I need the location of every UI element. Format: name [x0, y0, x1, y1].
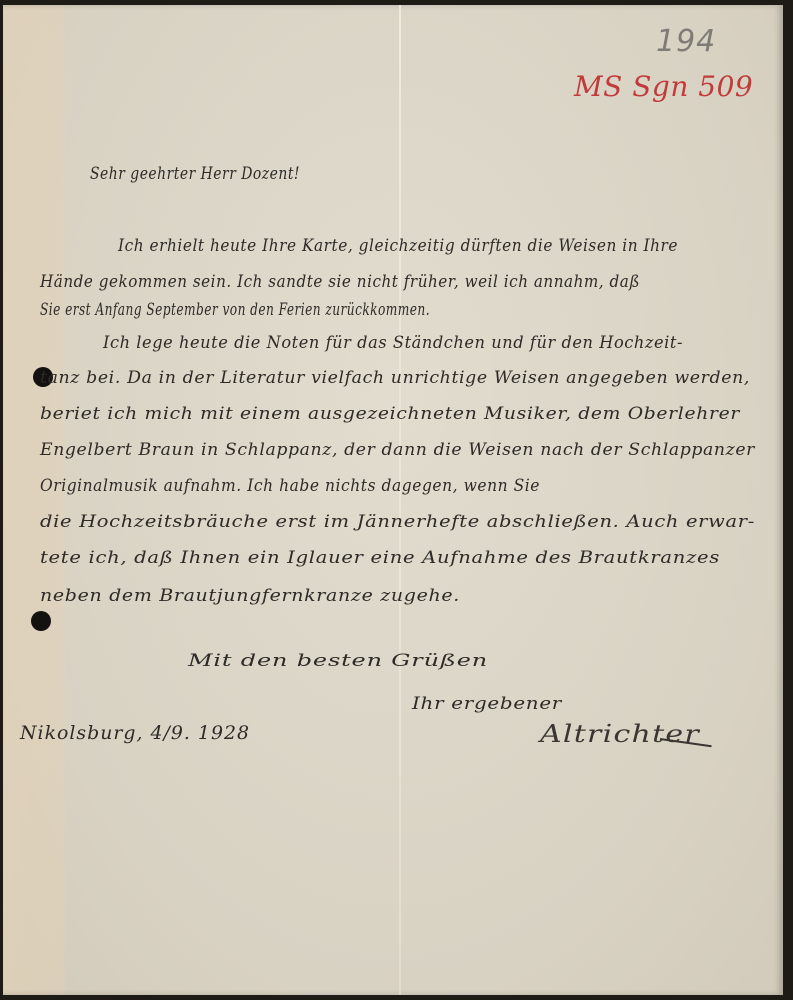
place-and-date: Nikolsburg, 4/9. 1928	[20, 722, 250, 744]
body-line-3: Sie erst Anfang September von den Ferien…	[40, 300, 430, 320]
letter-page	[3, 5, 783, 995]
body-line-11: neben dem Brautjungfernkranze zugehe.	[40, 586, 460, 606]
body-line-1: Ich erhielt heute Ihre Karte, gleichzeit…	[118, 236, 678, 256]
body-line-5: tanz bei. Da in der Literatur vielfach u…	[40, 368, 750, 388]
body-line-6: beriet ich mich mit einem ausgezeichnete…	[40, 404, 740, 424]
body-line-10: tete ich, daß Ihnen ein Iglauer eine Auf…	[40, 548, 720, 568]
body-line-9: die Hochzeitsbräuche erst im Jännerhefte…	[40, 512, 755, 532]
signature: Altrichter	[540, 720, 700, 748]
body-line-7: Engelbert Braun in Schlappanz, der dann …	[40, 440, 755, 460]
body-line-4: Ich lege heute die Noten für das Ständch…	[103, 333, 683, 353]
archive-shelfmark: MS Sgn 509	[574, 70, 753, 103]
salutation: Sehr geehrter Herr Dozent!	[90, 164, 300, 184]
complimentary-close: Ihr ergebener	[412, 694, 562, 714]
body-line-2: Hände gekommen sein. Ich sandte sie nich…	[40, 272, 640, 292]
folio-number: 194	[656, 24, 716, 59]
fold-line	[399, 5, 401, 995]
closing-greeting: Mit den besten Grüßen	[188, 651, 488, 671]
body-line-8: Originalmusik aufnahm. Ich habe nichts d…	[40, 476, 540, 496]
punch-hole-lower	[31, 611, 51, 631]
